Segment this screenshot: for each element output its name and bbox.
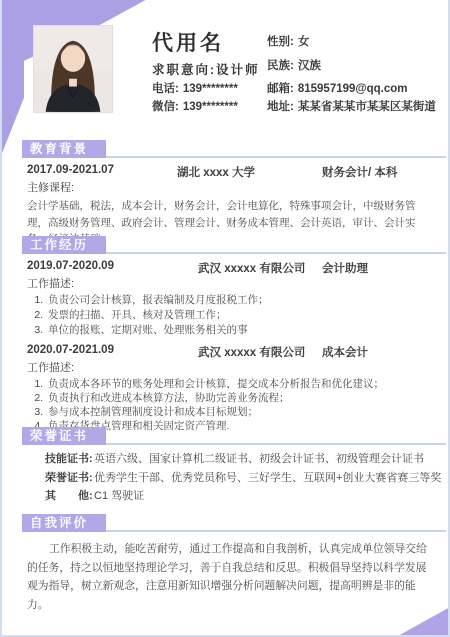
email-value: 815957199@qq.com (298, 83, 408, 95)
work-header: 工作经历 (22, 237, 450, 253)
section-evaluation: 自我评价 工作积极主动，能吃苦耐劳，通过工作提高和自我剖析，认真完成单位领导交给… (0, 515, 450, 614)
evaluation-header: 自我评价 (22, 515, 450, 531)
honor-value: 英语六级、国家计算机二级证书、初级会计证书、初级管理会计证书 (94, 452, 424, 466)
courses-label: 主修课程: (27, 182, 450, 195)
honor-row: 其 他: C1 驾驶证 (0, 489, 450, 503)
resume-page: 代用名 求职意向:设计师 电话:139******** 微信:139******… (0, 0, 450, 637)
email-label: 邮箱: (267, 83, 294, 95)
education-major: 财务会计/ 本科 (322, 164, 397, 180)
phone-label: 电话: (152, 83, 179, 95)
job-position: 会计助理 (322, 260, 368, 276)
section-education: 教育背景 2017.09-2021.07 湖北 xxxx 大学 财务会计/ 本科… (0, 141, 450, 248)
job-company: 武汉 xxxxx 有限公司 (198, 344, 305, 360)
job-duty-item: 参与成本控制管理制度设计和成本目标规划； (46, 405, 450, 419)
job-period: 2019.07-2020.09 (27, 260, 114, 272)
email-row: 邮箱:815957199@qq.com (267, 80, 408, 96)
honor-row: 荣誉证书: 优秀学生干部、优秀党员称号、三好学生、互联网+创业大赛省赛三等奖 (0, 471, 450, 485)
job-desc-label: 工作描述: (27, 362, 450, 375)
wechat-label: 微信: (152, 101, 179, 113)
job-period: 2020.07-2021.09 (27, 344, 114, 356)
ethnicity-value: 汉族 (298, 60, 321, 72)
address-label: 地址: (267, 101, 294, 113)
honors-header: 荣誉证书 (22, 428, 450, 444)
honor-label: 其 他: (45, 489, 94, 503)
honor-value: C1 驾驶证 (94, 489, 144, 503)
address-value: 某某省某某市某某区某街道 (298, 101, 436, 113)
job-company: 武汉 xxxxx 有限公司 (198, 260, 305, 276)
candidate-name: 代用名 (152, 27, 224, 57)
job-duty-list: 负责公司会计核算，报表编制及月度报税工作； 发票的扫描、开具、核对及管理工作； … (0, 293, 450, 338)
job-duty-item: 发票的扫描、开具、核对及管理工作； (46, 308, 450, 323)
phone-row: 电话:139******** (152, 80, 238, 96)
job-duty-item: 单位的报账、定期对账、处理账务相关的事 (46, 323, 450, 338)
gender-label: 性别: (267, 36, 294, 48)
evaluation-title: 自我评价 (22, 514, 106, 532)
job-position: 成本会计 (322, 344, 368, 360)
job-meta-row: 2020.07-2021.09 武汉 xxxxx 有限公司 成本会计 (0, 344, 450, 359)
honors-title: 荣誉证书 (22, 427, 106, 445)
job-intention: 求职意向:设计师 (152, 60, 260, 78)
evaluation-text: 工作积极主动，能吃苦耐劳，通过工作提高和自我剖析，认真完成单位领导交给的任务，持… (27, 540, 430, 614)
honor-value: 优秀学生干部、优秀党员称号、三好学生、互联网+创业大赛省赛三等奖 (94, 471, 441, 485)
honor-row: 技能证书: 英语六级、国家计算机二级证书、初级会计证书、初级管理会计证书 (0, 452, 450, 466)
section-honors: 荣誉证书 技能证书: 英语六级、国家计算机二级证书、初级会计证书、初级管理会计证… (0, 428, 450, 503)
job-duty-item: 负责执行和改进成本核算方法，协助完善业务流程； (46, 391, 450, 405)
profile-photo (33, 25, 113, 113)
gender-value: 女 (298, 36, 310, 48)
phone-value: 139******** (183, 83, 238, 95)
gender-row: 性别:女 (267, 33, 309, 49)
education-meta-row: 2017.09-2021.07 湖北 xxxx 大学 财务会计/ 本科 (0, 164, 450, 179)
job-desc-label: 工作描述: (27, 278, 450, 291)
honor-label: 技能证书: (45, 452, 94, 466)
section-work: 工作经历 2019.07-2020.09 武汉 xxxxx 有限公司 会计助理 … (0, 237, 450, 433)
job-duty-item: 负责成本各环节的账务处理和会计核算，提交成本分析报告和优化建议； (46, 377, 450, 391)
education-header: 教育背景 (22, 141, 450, 157)
ethnicity-row: 民族:汉族 (267, 57, 321, 73)
education-period: 2017.09-2021.07 (27, 164, 114, 176)
work-title: 工作经历 (22, 236, 106, 254)
education-school: 湖北 xxxx 大学 (177, 164, 255, 180)
education-title: 教育背景 (22, 140, 106, 158)
honor-label: 荣誉证书: (45, 471, 94, 485)
ethnicity-label: 民族: (267, 60, 294, 72)
address-row: 地址:某某省某某市某某区某街道 (267, 98, 436, 114)
job-meta-row: 2019.07-2020.09 武汉 xxxxx 有限公司 会计助理 (0, 260, 450, 275)
job-duty-item: 负责公司会计核算，报表编制及月度报税工作； (46, 293, 450, 308)
wechat-value: 139******** (183, 101, 238, 113)
wechat-row: 微信:139******** (152, 98, 238, 114)
job-duty-list: 负责成本各环节的账务处理和会计核算，提交成本分析报告和优化建议； 负责执行和改进… (0, 377, 450, 433)
